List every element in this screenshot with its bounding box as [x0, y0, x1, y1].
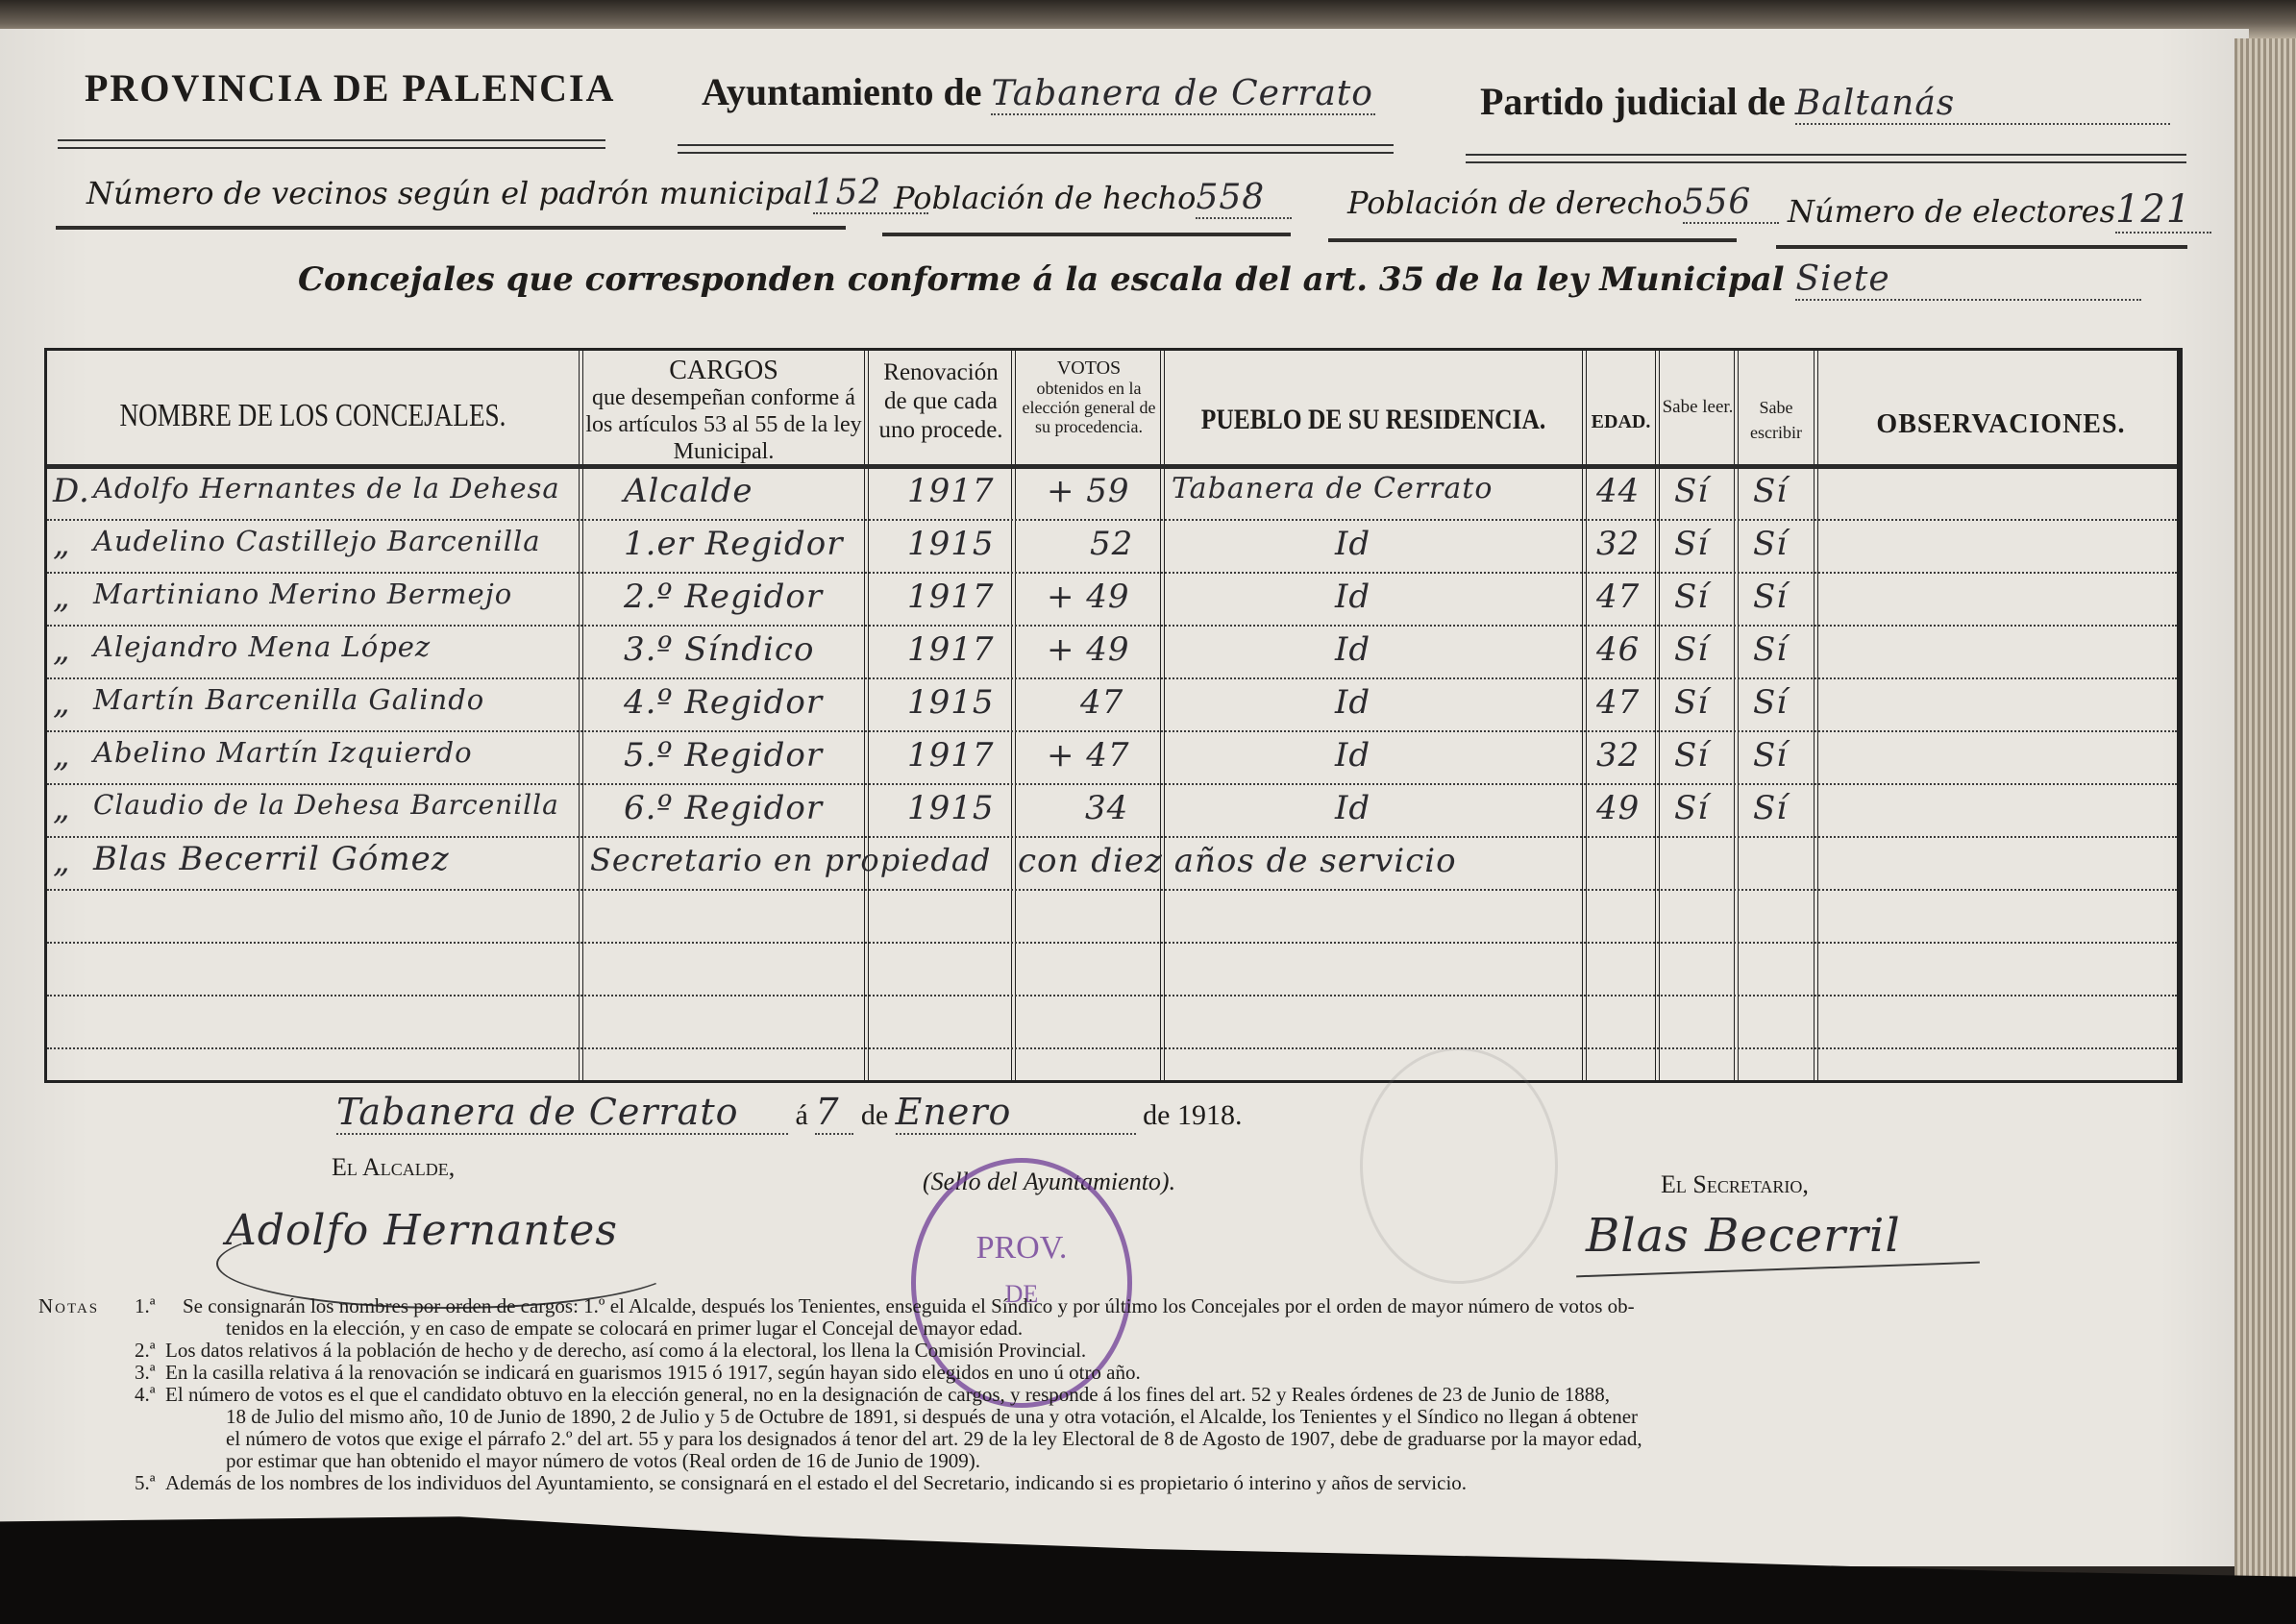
row-escribir: Sí [1753, 789, 1788, 827]
electores-field: Número de electores121 [1788, 187, 2211, 234]
partido-underline [1466, 154, 2186, 163]
table-row: D. Adolfo Hernantes de la Dehesa Alcalde… [47, 468, 2177, 521]
row-pueblo: Id [1335, 525, 1370, 563]
concejales-line: Concejales que corresponden conforme á l… [298, 259, 2141, 301]
note-num: 1.ª [135, 1295, 156, 1317]
note-text: Se consignarán los nombres por orden de … [183, 1295, 1635, 1317]
row-prefix: „ [53, 525, 71, 563]
stamp-text-top: PROV. [916, 1230, 1127, 1267]
header-votos-title: VOTOS [1018, 358, 1160, 379]
row-leer: Sí [1674, 683, 1709, 722]
row-renovacion: 1917 [907, 578, 995, 616]
secretario-flourish [1576, 1262, 1980, 1278]
row-pueblo: Id [1335, 683, 1370, 722]
electores-underline [1776, 245, 2187, 249]
date-de-label: de [861, 1099, 888, 1131]
date-year: de 1918. [1143, 1099, 1242, 1131]
row-edad: 32 [1596, 525, 1640, 563]
row-escribir: Sí [1753, 578, 1788, 616]
row-prefix: „ [53, 683, 71, 722]
row-votos: + 47 [1047, 736, 1130, 775]
derecho-label: Población de derecho [1347, 185, 1683, 221]
row-nombre: Adolfo Hernantes de la Dehesa [93, 472, 560, 504]
row-votos: + 49 [1047, 578, 1130, 616]
note-text: Además de los nombres de los individuos … [165, 1471, 1467, 1494]
header-edad: EDAD. [1587, 412, 1655, 432]
row-edad: 32 [1596, 736, 1640, 775]
provincia-heading: PROVINCIA DE PALENCIA [85, 65, 615, 111]
note-4-cont2: el número de votos que exige el párrafo … [226, 1428, 1642, 1450]
note-num: 3.ª [135, 1361, 156, 1384]
document-page: PROVINCIA DE PALENCIA Ayuntamiento de Ta… [0, 29, 2249, 1566]
row-cargo: 4.º Regidor [624, 683, 823, 722]
row-nombre: Abelino Martín Izquierdo [93, 736, 473, 769]
table-row: „ Martín Barcenilla Galindo 4.º Regidor … [47, 679, 2177, 732]
hecho-value: 558 [1196, 178, 1292, 219]
derecho-underline [1328, 238, 1737, 242]
row-cargo: 6.º Regidor [624, 789, 823, 827]
note-num: 4.ª [135, 1383, 156, 1406]
row-leer: Sí [1674, 789, 1709, 827]
row-cargo: 3.º Síndico [624, 630, 814, 669]
note-4-cont3: por estimar que han obtenido el mayor nú… [226, 1450, 980, 1472]
date-month: Enero [896, 1091, 1136, 1135]
row-renovacion: 1915 [907, 683, 995, 722]
row-nombre: Martín Barcenilla Galindo [93, 683, 484, 716]
partido-value: Baltanás [1795, 84, 2170, 125]
row-prefix: „ [53, 630, 71, 669]
row-edad: 44 [1596, 472, 1640, 510]
row-prefix: „ [53, 578, 71, 616]
row-prefix: D. [53, 472, 90, 510]
note-2: 2.ª Los datos relativos á la población d… [135, 1340, 1086, 1362]
header-observaciones: OBSERVACIONES. [1818, 410, 2184, 438]
row-prefix: „ [53, 789, 71, 827]
row-cargo: Alcalde [624, 472, 753, 510]
table-row: „ Claudio de la Dehesa Barcenilla 6.º Re… [47, 785, 2177, 838]
row-nombre: Alejandro Mena López [93, 630, 431, 663]
note-text: El número de votos es el que el candidat… [165, 1383, 1610, 1406]
row-nombre: Audelino Castillejo Barcenilla [93, 525, 541, 557]
ayuntamiento-label: Ayuntamiento de [702, 70, 981, 113]
row-pueblo: Id [1335, 736, 1370, 775]
header-cargos-sub: que desempeñan conforme á los artículos … [583, 384, 864, 465]
row-leer: Sí [1674, 525, 1709, 563]
header-sabe-leer: Sabe leer. [1662, 395, 1734, 420]
provincia-underline [58, 139, 605, 149]
row-leer: Sí [1674, 630, 1709, 669]
row-leer: Sí [1674, 578, 1709, 616]
row-edad: 46 [1596, 630, 1640, 669]
concejales-table: NOMBRE DE LOS CONCEJALES. CARGOS que des… [44, 348, 2183, 1083]
header-renovacion: Renovación de que cada uno procede. [874, 358, 1008, 445]
header-pueblo: PUEBLO DE SU RESIDENCIA. [1197, 405, 1551, 435]
row-nombre: Blas Becerril Gómez [93, 840, 450, 878]
row-nombre: Martiniano Merino Bermejo [93, 578, 512, 610]
header-votos-sub: obtenidos en la elección general de su p… [1018, 379, 1160, 436]
note-1-cont: tenidos en la elección, y en caso de emp… [226, 1317, 1023, 1340]
header-votos: VOTOS obtenidos en la elección general d… [1018, 358, 1160, 436]
ayuntamiento-underline [678, 144, 1394, 154]
hecho-field: Población de hecho558 [894, 178, 1292, 219]
vecinos-label: Número de vecinos según el padrón munici… [86, 175, 813, 211]
row-prefix: „ [53, 736, 71, 775]
note-4-cont: 18 de Julio del mismo año, 10 de Junio d… [226, 1406, 1638, 1428]
date-place: Tabanera de Cerrato [336, 1091, 788, 1135]
alcalde-label: El Alcalde, [332, 1153, 455, 1182]
row-rule [47, 1047, 2177, 1049]
ayuntamiento-value: Tabanera de Cerrato [991, 74, 1375, 115]
row-leer: Sí [1674, 736, 1709, 775]
row-votos: 47 [1080, 683, 1123, 722]
row-renovacion: 1915 [907, 525, 995, 563]
row-cargo: 5.º Regidor [624, 736, 823, 775]
row-edad: 47 [1596, 578, 1640, 616]
row-edad: 49 [1596, 789, 1640, 827]
row-cargo: Secretario en propiedad [590, 842, 991, 878]
electores-value: 121 [2115, 187, 2211, 234]
faded-stamp [1360, 1047, 1558, 1284]
hecho-label: Población de hecho [894, 180, 1196, 216]
concejales-label: Concejales que corresponden conforme á l… [298, 260, 1785, 299]
table-row-empty [47, 944, 2177, 997]
row-renovacion: 1917 [907, 630, 995, 669]
row-cargo: 1.er Regidor [624, 525, 843, 563]
row-pueblo: Id [1335, 789, 1370, 827]
partido-label: Partido judicial de [1480, 80, 1786, 123]
derecho-value: 556 [1683, 183, 1779, 224]
date-a-label: á [796, 1099, 808, 1131]
vecinos-underline [56, 226, 846, 230]
note-text: En la casilla relativa á la renovación s… [165, 1361, 1141, 1384]
header-sabe-escribir: Sabe escribir [1739, 395, 1814, 445]
row-escribir: Sí [1753, 736, 1788, 775]
table-row: „ Abelino Martín Izquierdo 5.º Regidor 1… [47, 732, 2177, 785]
row-nombre: Claudio de la Dehesa Barcenilla [93, 789, 559, 821]
ayuntamiento-field: Ayuntamiento de Tabanera de Cerrato [702, 69, 1375, 115]
book-page-edges [2234, 38, 2296, 1624]
table-row: „ Blas Becerril Gómez Secretario en prop… [47, 838, 2177, 891]
row-pueblo: Id [1335, 630, 1370, 669]
row-escribir: Sí [1753, 472, 1788, 510]
header-cargos: CARGOS que desempeñan conforme á los art… [583, 357, 864, 465]
secretario-signature: Blas Becerril [1586, 1209, 1901, 1263]
table-row: „ Alejandro Mena López 3.º Síndico 1917 … [47, 627, 2177, 679]
notes-label: Notas [38, 1295, 99, 1317]
table-row: „ Martiniano Merino Bermejo 2.º Regidor … [47, 574, 2177, 627]
note-text: Los datos relativos á la población de he… [165, 1339, 1086, 1362]
row-prefix: „ [53, 842, 71, 880]
note-num: 5.ª [135, 1471, 156, 1494]
note-3: 3.ª En la casilla relativa á la renovaci… [135, 1362, 1141, 1384]
header-nombre: NOMBRE DE LOS CONCEJALES. [100, 399, 525, 433]
concejales-value: Siete [1795, 259, 2141, 301]
row-renovacion: 1917 [907, 472, 995, 510]
note-4: 4.ª El número de votos es el que el cand… [135, 1384, 1610, 1406]
row-votos: 34 [1085, 789, 1128, 827]
row-leer: Sí [1674, 472, 1709, 510]
row-votos: 52 [1090, 525, 1133, 563]
date-day: 7 [815, 1091, 853, 1135]
date-line: Tabanera de Cerrato á 7 de Enero de 1918… [336, 1091, 1242, 1135]
table-row: „ Audelino Castillejo Barcenilla 1.er Re… [47, 521, 2177, 574]
row-escribir: Sí [1753, 683, 1788, 722]
row-votos: + 59 [1047, 472, 1130, 510]
row-votos: + 49 [1047, 630, 1130, 669]
row-renovacion: 1917 [907, 736, 995, 775]
table-row-empty [47, 891, 2177, 944]
secretario-label: El Secretario, [1661, 1170, 1809, 1199]
hecho-underline [882, 233, 1291, 236]
note-num: 2.ª [135, 1339, 156, 1362]
row-escribir: Sí [1753, 630, 1788, 669]
header-cargos-title: CARGOS [583, 357, 864, 384]
row-cargo: 2.º Regidor [624, 578, 823, 616]
row-pueblo: Tabanera de Cerrato [1172, 472, 1493, 505]
vecinos-field: Número de vecinos según el padrón munici… [86, 173, 928, 214]
note-5: 5.ª Además de los nombres de los individ… [135, 1472, 1467, 1494]
derecho-field: Población de derecho556 [1347, 183, 1779, 224]
electores-label: Número de electores [1788, 193, 2115, 230]
partido-field: Partido judicial de Baltanás [1480, 79, 2170, 125]
table-row-empty [47, 997, 2177, 1049]
row-votos: con diez años de servicio [1018, 842, 1457, 880]
row-pueblo: Id [1335, 578, 1370, 616]
row-renovacion: 1915 [907, 789, 995, 827]
row-escribir: Sí [1753, 525, 1788, 563]
row-edad: 47 [1596, 683, 1640, 722]
